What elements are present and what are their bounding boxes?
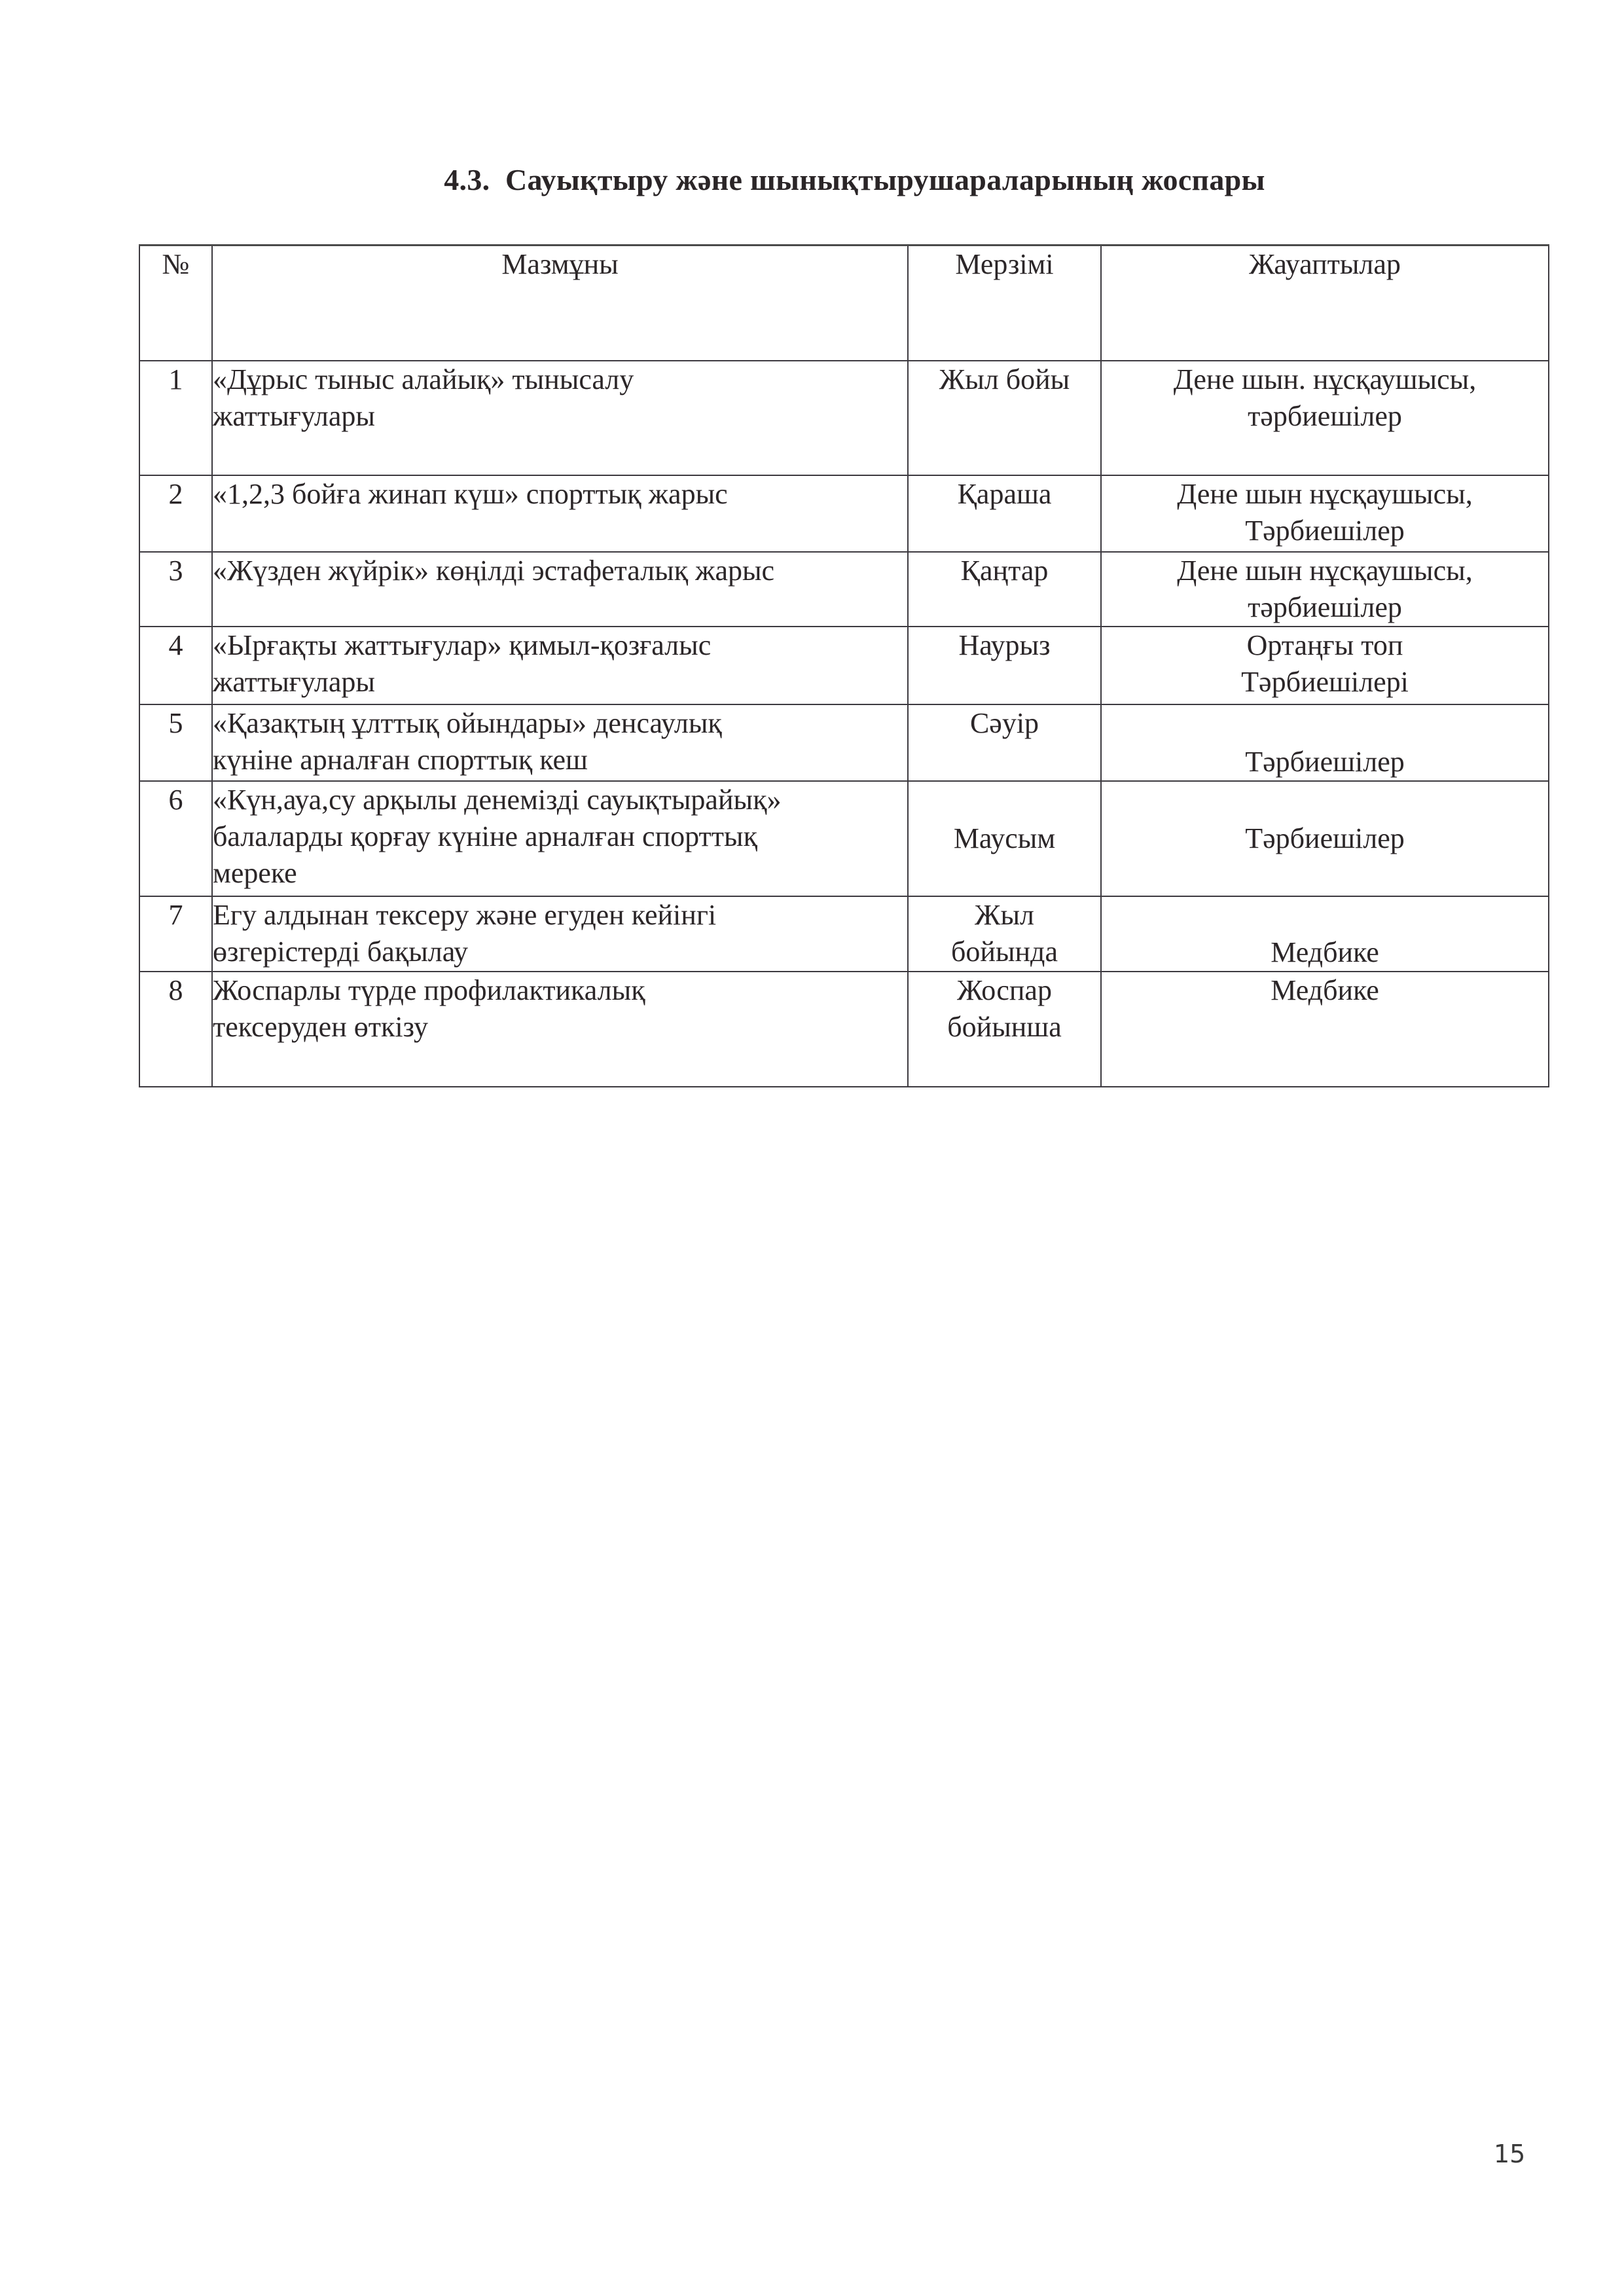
- table-row: 5 «Қазақтың ұлттық ойындары» денсаулық к…: [139, 704, 1549, 781]
- row-term: Қаңтар: [908, 552, 1101, 627]
- row-content: «1,2,3 бойға жинап күш» спорттық жарыс: [212, 475, 908, 552]
- row-number: 3: [139, 552, 212, 627]
- table-row: 1 «Дұрыс тыныс алайық» тынысалу жаттығул…: [139, 361, 1549, 475]
- row-term: Жыл бойы: [908, 361, 1101, 475]
- table-row: 4 «Ырғақты жаттығулар» қимыл-қозғалыс жа…: [139, 627, 1549, 704]
- table-row: 7 Егу алдынан тексеру және егуден кейінг…: [139, 896, 1549, 972]
- page-title: 4.3. Сауықтыру және шынықтырушараларының…: [0, 162, 1624, 197]
- row-responsible: Тәрбиешілер: [1101, 781, 1549, 896]
- row-number: 2: [139, 475, 212, 552]
- row-responsible: Дене шын. нұсқаушысы, тәрбиешілер: [1101, 361, 1549, 475]
- row-term: Наурыз: [908, 627, 1101, 704]
- row-number: 7: [139, 896, 212, 972]
- header-term: Мерзімі: [908, 246, 1101, 361]
- page-number: 15: [1494, 2140, 1525, 2168]
- row-term: Маусым: [908, 781, 1101, 896]
- row-responsible: Ортаңғы топ Тәрбиешілері: [1101, 627, 1549, 704]
- row-number: 1: [139, 361, 212, 475]
- row-responsible: Медбике: [1101, 896, 1549, 972]
- row-number: 8: [139, 972, 212, 1087]
- row-content: Жоспарлы түрде профилактикалық тексеруде…: [212, 972, 908, 1087]
- table-row: 6 «Күн,ауа,су арқылы денемізді сауықтыра…: [139, 781, 1549, 896]
- table-row: 3 «Жүзден жүйрік» көңілді эстафеталық жа…: [139, 552, 1549, 627]
- header-responsible: Жауаптылар: [1101, 246, 1549, 361]
- table-row: 2 «1,2,3 бойға жинап күш» спорттық жарыс…: [139, 475, 1549, 552]
- table-header-row: № Мазмұны Мерзімі Жауаптылар: [139, 246, 1549, 361]
- row-number: 4: [139, 627, 212, 704]
- row-content: «Дұрыс тыныс алайық» тынысалу жаттығулар…: [212, 361, 908, 475]
- header-content: Мазмұны: [212, 246, 908, 361]
- row-content: Егу алдынан тексеру және егуден кейінгі …: [212, 896, 908, 972]
- row-content: «Ырғақты жаттығулар» қимыл-қозғалыс жатт…: [212, 627, 908, 704]
- row-term: Қараша: [908, 475, 1101, 552]
- header-number: №: [139, 246, 212, 361]
- row-term: Сәуір: [908, 704, 1101, 781]
- row-responsible: Дене шын нұсқаушысы, Тәрбиешілер: [1101, 475, 1549, 552]
- row-responsible: Дене шын нұсқаушысы, тәрбиешілер: [1101, 552, 1549, 627]
- row-responsible: Медбике: [1101, 972, 1549, 1087]
- row-content: «Қазақтың ұлттық ойындары» денсаулық күн…: [212, 704, 908, 781]
- row-number: 6: [139, 781, 212, 896]
- row-term: Жыл бойында: [908, 896, 1101, 972]
- row-number: 5: [139, 704, 212, 781]
- row-content: «Күн,ауа,су арқылы денемізді сауықтырайы…: [212, 781, 908, 896]
- health-plan-table: № Мазмұны Мерзімі Жауаптылар 1 «Дұрыс ты…: [139, 244, 1549, 1087]
- table-row: 8 Жоспарлы түрде профилактикалық тексеру…: [139, 972, 1549, 1087]
- row-term: Жоспар бойынша: [908, 972, 1101, 1087]
- row-responsible: Тәрбиешілер: [1101, 704, 1549, 781]
- row-content: «Жүзден жүйрік» көңілді эстафеталық жары…: [212, 552, 908, 627]
